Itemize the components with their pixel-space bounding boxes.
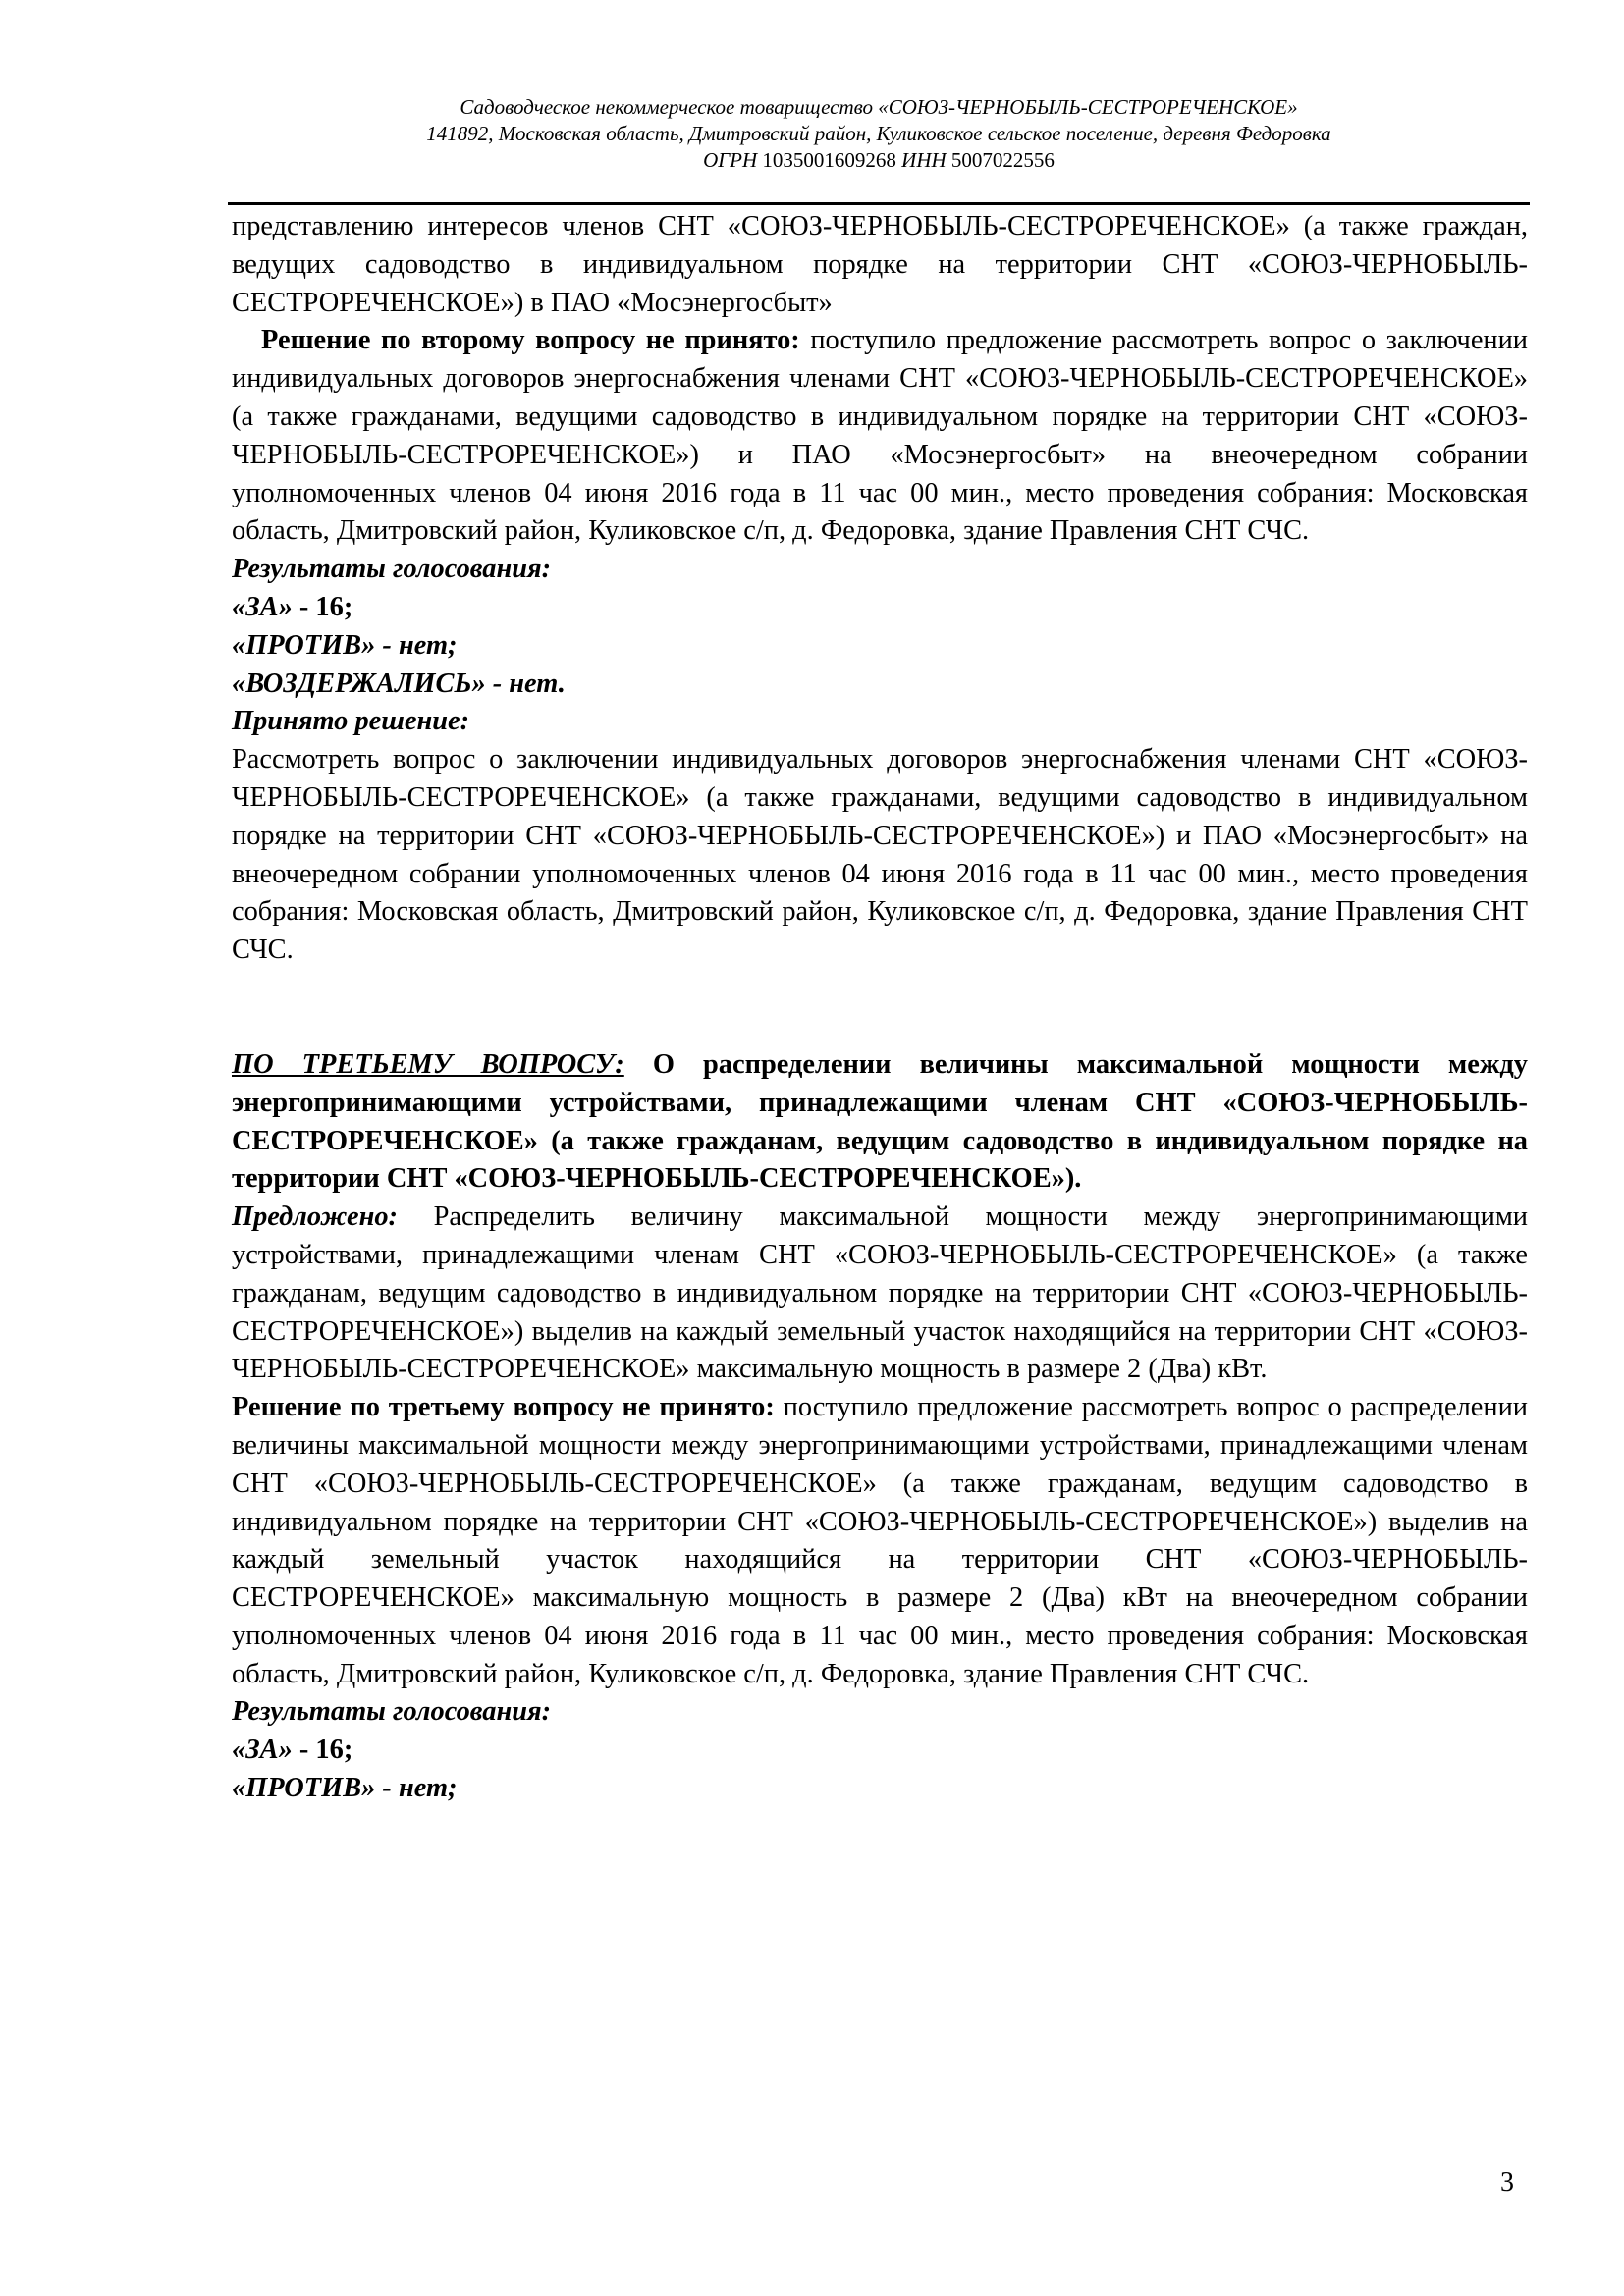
section3-heading: ПО ТРЕТЬЕМУ ВОПРОСУ: О распределении вел… (232, 1046, 1528, 1199)
inn-value: 5007022556 (947, 148, 1055, 172)
section2-continuation: представлению интересов членов СНТ «СОЮЗ… (232, 208, 1528, 322)
spacer (232, 970, 1528, 1046)
section3-decision: Решение по третьему вопросу не принято: … (232, 1389, 1528, 1693)
ogrn-value: 1035001609268 (757, 148, 901, 172)
page-number: 3 (1500, 2167, 1514, 2199)
section3-vote-against: «ПРОТИВ» - нет; (232, 1770, 1528, 1808)
section3-decision-label: Решение по третьему вопросу не принято: (232, 1392, 775, 1422)
org-name: Садоводческое некоммерческое товариществ… (226, 94, 1532, 121)
section3-proposed: Предложено: Распределить величину максим… (232, 1199, 1528, 1389)
letterhead: Садоводческое некоммерческое товариществ… (226, 94, 1532, 174)
section2-decision-label: Решение по второму вопросу не принято: (261, 325, 800, 355)
section3-vote-for: «ЗА» - 16; (232, 1732, 1528, 1770)
section3-proposed-text: Распределить величину максимальной мощно… (232, 1201, 1528, 1384)
org-address: 141892, Московская область, Дмитровский … (226, 121, 1532, 147)
section3-results-label: Результаты голосования: (232, 1693, 1528, 1732)
org-registration: ОГРН 1035001609268 ИНН 5007022556 (226, 147, 1532, 174)
section2-vote-against: «ПРОТИВ» - нет; (232, 627, 1528, 666)
section3-decision-text: поступило предложение рассмотреть вопрос… (232, 1392, 1528, 1689)
inn-label: ИНН (901, 148, 947, 172)
section2-vote-for: «ЗА» - 16; (232, 589, 1528, 627)
section2-adopted-text: Рассмотреть вопрос о заключении индивиду… (232, 741, 1528, 970)
header-divider (228, 202, 1530, 205)
section2-results-label: Результаты голосования: (232, 551, 1528, 589)
section3-heading-label: ПО ТРЕТЬЕМУ ВОПРОСУ: (232, 1049, 624, 1080)
ogrn-label: ОГРН (703, 148, 757, 172)
section2-decision-text: поступило предложение рассмотреть вопрос… (232, 325, 1528, 546)
document-body: представлению интересов членов СНТ «СОЮЗ… (232, 208, 1528, 1808)
section2-adopted-label: Принято решение: (232, 703, 1528, 741)
section3-proposed-label: Предложено: (232, 1201, 398, 1232)
section2-vote-abstain: «ВОЗДЕРЖАЛИСЬ» - нет. (232, 666, 1528, 704)
section2-decision: Решение по второму вопросу не принято: п… (232, 322, 1528, 551)
